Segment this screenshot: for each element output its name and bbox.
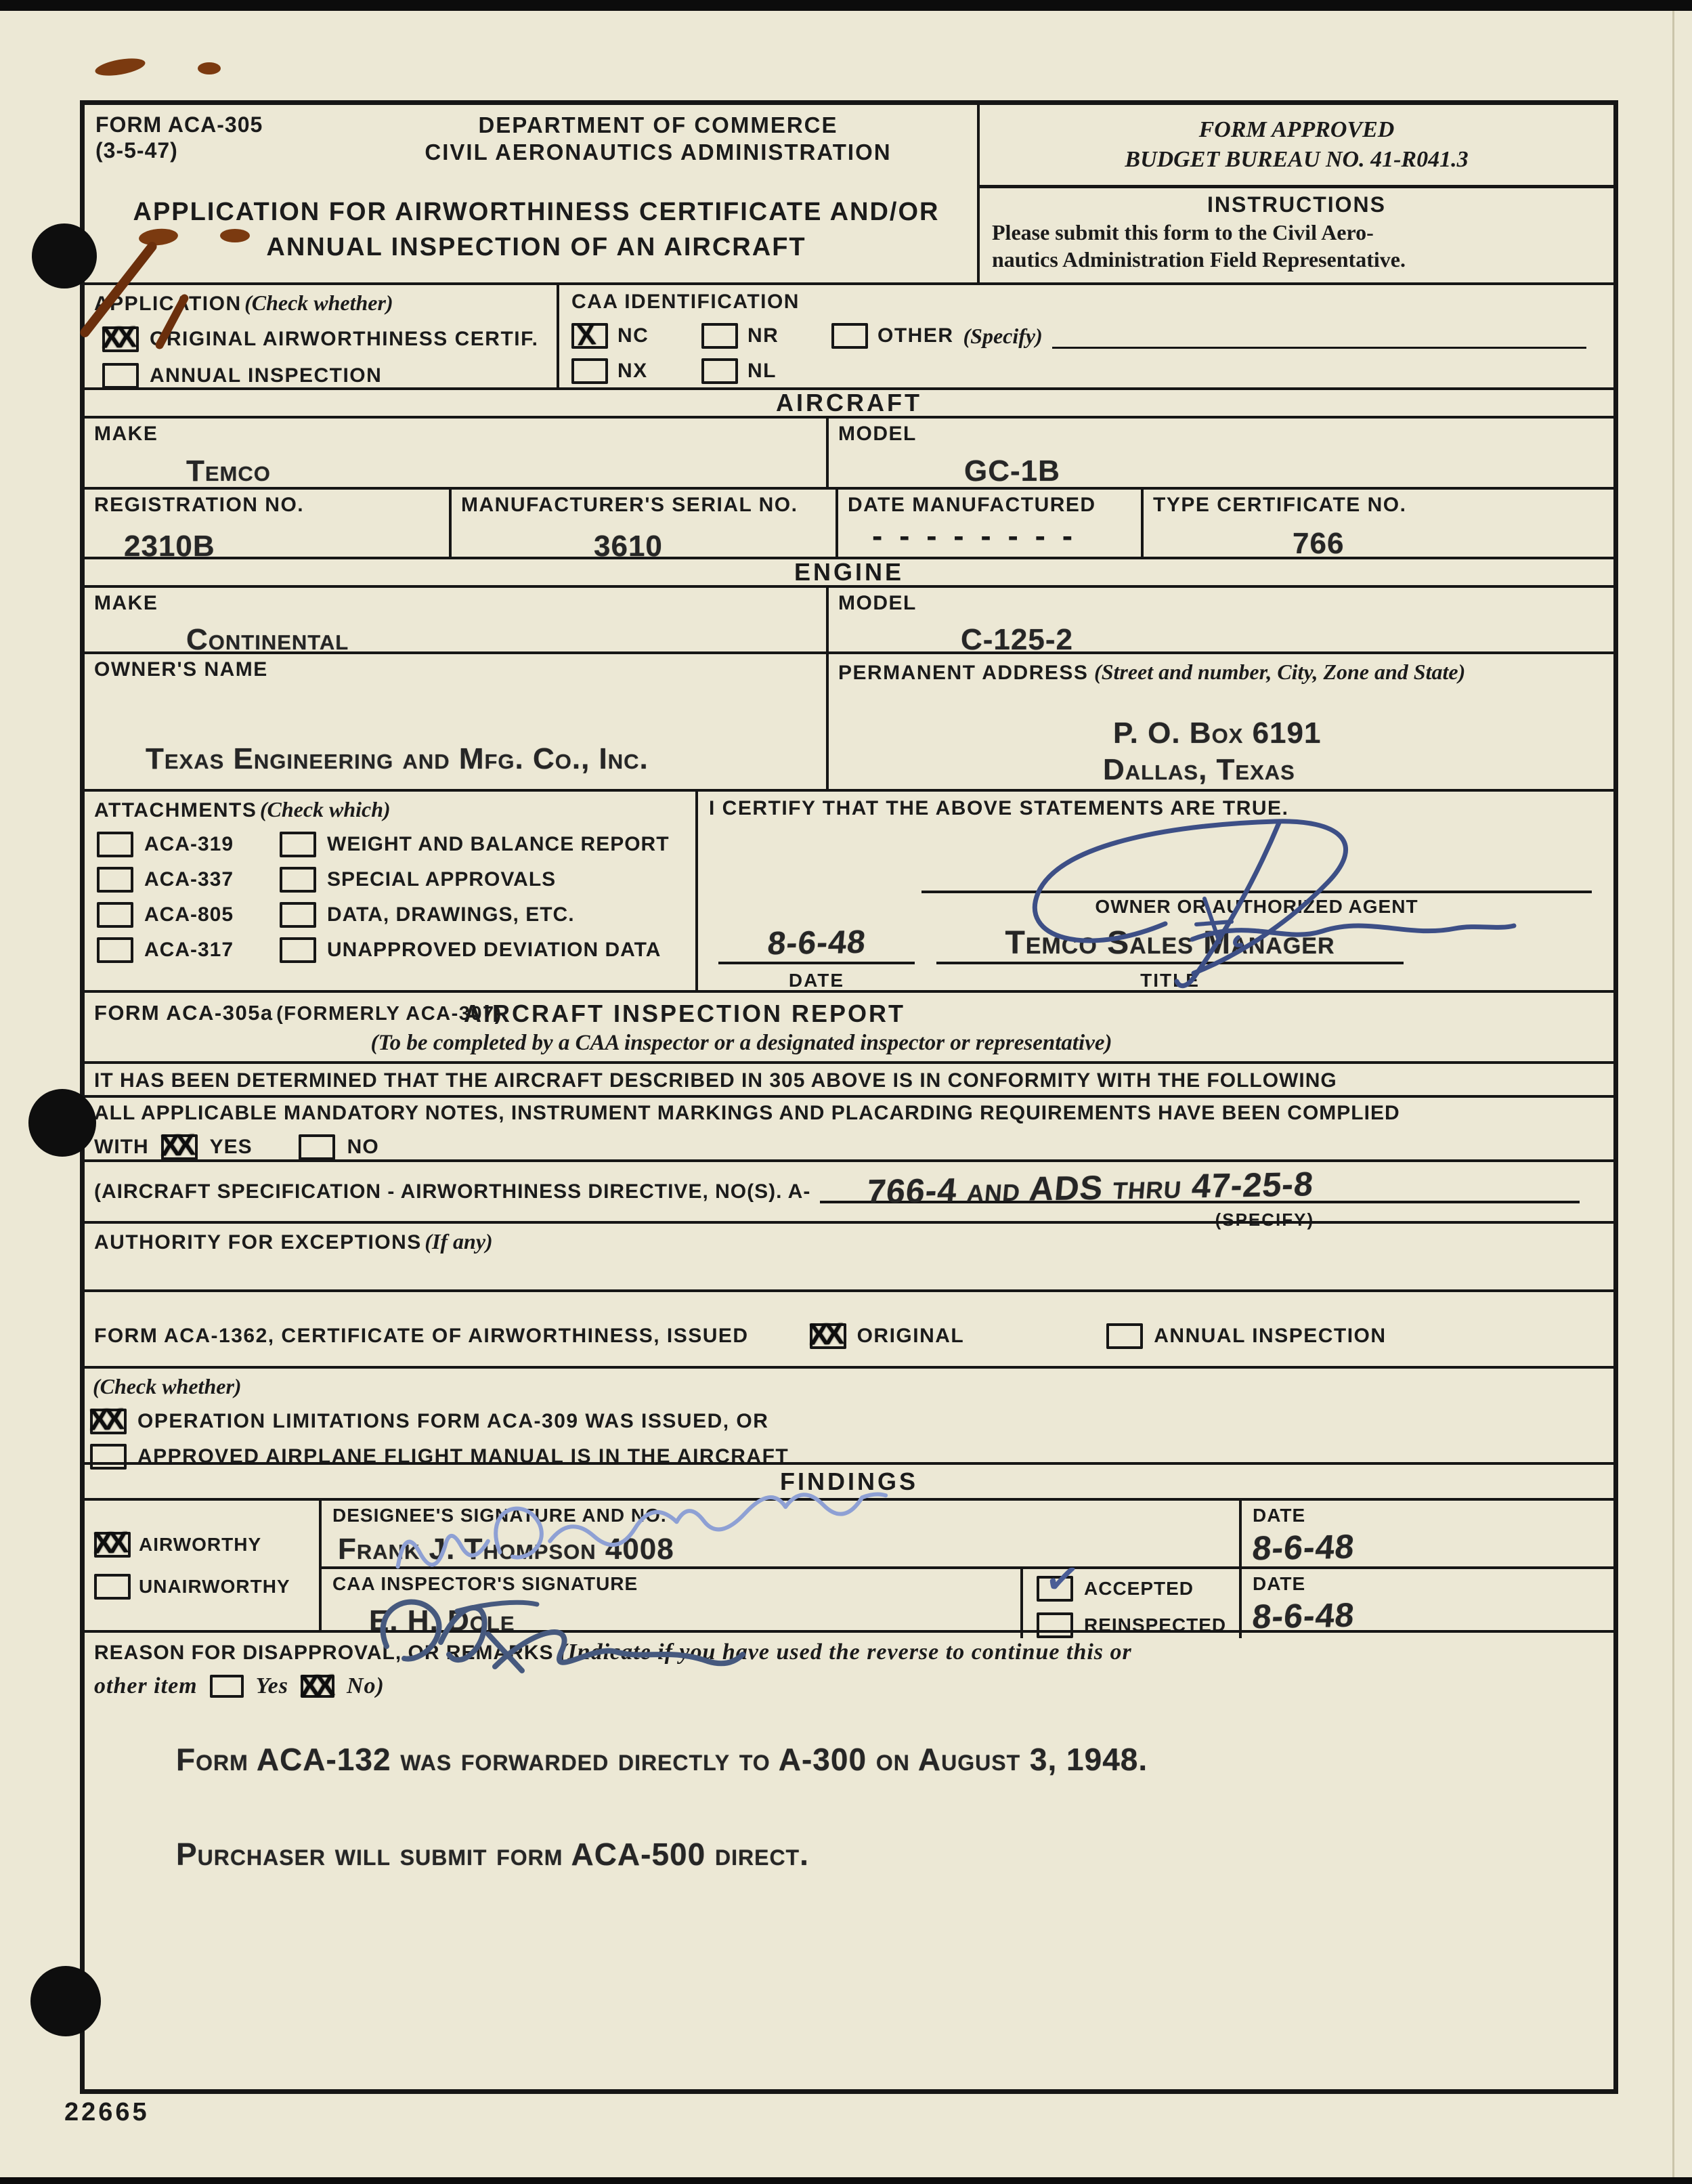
checkbox-issued-annual[interactable]	[1106, 1323, 1143, 1349]
punch-hole	[30, 1966, 101, 2036]
operation-limitations-label: OPERATION LIMITATIONS FORM ACA-309 WAS I…	[137, 1410, 768, 1433]
instructions: INSTRUCTIONS Please submit this form to …	[980, 188, 1613, 282]
determined-statement-row: IT HAS BEEN DETERMINED THAT THE AIRCRAFT…	[85, 1061, 1613, 1095]
other-specify-note: (Specify)	[963, 324, 1043, 349]
original-airworthiness-label: ORIGINAL AIRWORTHINESS CERTIF.	[150, 328, 538, 351]
serial-number-label: MANUFACTURER'S SERIAL NO.	[461, 494, 798, 516]
weight-balance-label: WEIGHT AND BALANCE REPORT	[327, 833, 670, 856]
engine-make-label: MAKE	[94, 592, 158, 614]
aircraft-make-label: MAKE	[94, 423, 158, 445]
address-line1[interactable]: P. O. Box 6191	[1113, 716, 1321, 750]
designee-date-cell[interactable]: DATE 8-6-48	[1239, 1501, 1613, 1566]
checkbox-aca-805[interactable]	[97, 902, 133, 928]
checkbox-nc[interactable]	[571, 323, 608, 349]
rust-stain	[220, 229, 250, 242]
reverse-yes-label: Yes	[256, 1673, 288, 1699]
address-note: (Street and number, City, Zone and State…	[1094, 660, 1465, 684]
checkbox-original-airworthiness[interactable]	[102, 326, 139, 352]
report-title: AIRCRAFT INSPECTION REPORT	[464, 1000, 905, 1028]
authority-label: AUTHORITY FOR EXCEPTIONS	[94, 1231, 422, 1254]
inspector-date-cell[interactable]: DATE 8-6-48	[1239, 1569, 1613, 1638]
inspector-date-label: DATE	[1253, 1573, 1613, 1595]
application-note: (Check whether)	[244, 291, 393, 315]
paper-crease	[1672, 0, 1674, 2184]
checkbox-complied-yes[interactable]	[161, 1134, 198, 1160]
designee-date-label: DATE	[1253, 1505, 1613, 1526]
accepted-cell: ACCEPTED REINSPECTED	[1020, 1569, 1239, 1638]
designee-signature-cell[interactable]: DESIGNEE'S SIGNATURE AND NO. Frank J. Th…	[322, 1501, 1239, 1566]
complied-row: ALL APPLICABLE MANDATORY NOTES, INSTRUME…	[85, 1095, 1613, 1159]
report-form-label: FORM ACA-305a	[94, 1001, 274, 1025]
scanned-form-page: FORM ACA-305 (3-5-47) DEPARTMENT OF COMM…	[0, 0, 1692, 2184]
checkbox-unairworthy[interactable]	[94, 1574, 131, 1600]
authority-exceptions-row: AUTHORITY FOR EXCEPTIONS (If any)	[85, 1221, 1613, 1289]
checkbox-weight-balance[interactable]	[280, 832, 316, 857]
complied-no-label: NO	[347, 1136, 379, 1159]
inspection-report-header: FORM ACA-305a (FORMERLY ACA-307) AIRCRAF…	[85, 990, 1613, 1061]
rust-stain	[198, 62, 221, 74]
caa-identification-section: CAA IDENTIFICATION NC NR OTH	[557, 285, 1613, 387]
aircraft-model-value[interactable]: GC-1B	[964, 454, 1060, 488]
certification-section: I CERTIFY THAT THE ABOVE STATEMENTS ARE …	[695, 792, 1613, 990]
authority-note: (If any)	[425, 1229, 492, 1254]
address-line2[interactable]: Dallas, Texas	[1103, 753, 1295, 787]
scan-edge-bottom	[0, 2177, 1692, 2184]
issued-annual-label: ANNUAL INSPECTION	[1154, 1325, 1386, 1348]
engine-section-band: ENGINE	[85, 557, 1613, 585]
nc-label: NC	[617, 324, 649, 347]
aircraft-model-label: MODEL	[838, 423, 917, 445]
certify-date-label: DATE	[718, 970, 915, 991]
checkbox-annual-inspection[interactable]	[102, 363, 139, 389]
data-drawings-label: DATA, DRAWINGS, ETC.	[327, 903, 575, 926]
punch-hole	[32, 223, 97, 288]
designee-date-value: 8-6-48	[1251, 1527, 1356, 1568]
annual-inspection-label: ANNUAL INSPECTION	[150, 364, 382, 387]
operation-limitations-row: (Check whether) OPERATION LIMITATIONS FO…	[85, 1366, 1613, 1462]
checkbox-nr[interactable]	[701, 323, 738, 349]
rust-stain	[94, 56, 147, 79]
checkbox-other[interactable]	[831, 323, 868, 349]
accepted-label: ACCEPTED	[1084, 1578, 1194, 1600]
aircraft-make-value[interactable]: Temco	[186, 454, 271, 488]
issued-original-label: ORIGINAL	[857, 1325, 965, 1348]
checkbox-airworthy[interactable]	[94, 1532, 131, 1558]
remarks-section: REASON FOR DISAPPROVAL, OR REMARKS (Indi…	[85, 1630, 1613, 2089]
checkbox-aca-337[interactable]	[97, 867, 133, 893]
owner-name-label: OWNER'S NAME	[94, 658, 268, 681]
checkbox-nl[interactable]	[701, 358, 738, 384]
airworthiness-column: AIRWORTHY UNAIRWORTHY	[85, 1501, 319, 1630]
type-certificate-value[interactable]: 766	[1293, 527, 1344, 561]
aircraft-section-band: AIRCRAFT	[85, 387, 1613, 416]
other-label: OTHER	[877, 324, 954, 347]
certify-date-value[interactable]: 8-6-48	[766, 924, 867, 963]
registration-label: REGISTRATION NO.	[94, 494, 304, 516]
attachments-note: (Check which)	[260, 797, 391, 821]
scan-edge-top	[0, 0, 1692, 11]
airworthy-label: AIRWORTHY	[139, 1534, 261, 1556]
checkbox-accepted[interactable]	[1037, 1576, 1073, 1602]
remarks-note-2: other item	[94, 1673, 198, 1699]
type-certificate-label: TYPE CERTIFICATE NO.	[1153, 494, 1406, 516]
spec-directive-row: (AIRCRAFT SPECIFICATION - AIRWORTHINESS …	[85, 1159, 1613, 1221]
other-specify-blank[interactable]	[1052, 324, 1586, 349]
checkbox-reverse-yes[interactable]	[210, 1675, 244, 1698]
checkbox-operation-limitations[interactable]	[90, 1409, 127, 1434]
report-subtitle: (To be completed by a CAA inspector or a…	[247, 1031, 1236, 1056]
checkbox-aca-319[interactable]	[97, 832, 133, 857]
attachments-label: ATTACHMENTS	[94, 799, 257, 821]
nx-label: NX	[617, 360, 648, 383]
aca-319-label: ACA-319	[144, 833, 280, 856]
serial-stamp: 22665	[64, 2098, 150, 2127]
unapproved-deviation-label: UNAPPROVED DEVIATION DATA	[327, 939, 661, 962]
date-manufactured-label: DATE MANUFACTURED	[848, 494, 1096, 516]
address-label: PERMANENT ADDRESS	[838, 662, 1088, 684]
checkbox-nx[interactable]	[571, 358, 608, 384]
remarks-line2: Purchaser will submit form ACA-500 direc…	[176, 1836, 809, 1872]
aca-805-label: ACA-805	[144, 903, 280, 926]
checkbox-complied-no[interactable]	[299, 1134, 335, 1160]
application-section: APPLICATION (Check whether) ORIGINAL AIR…	[85, 285, 557, 387]
owner-name-value[interactable]: Texas Engineering and Mfg. Co., Inc.	[146, 742, 649, 776]
spec-value: 766-4 and ADS thru 47-25-8	[865, 1164, 1316, 1211]
with-label: WITH	[94, 1136, 149, 1159]
checkbox-special-approvals[interactable]	[280, 867, 316, 893]
caa-id-label: CAA IDENTIFICATION	[571, 291, 800, 313]
checkbox-reverse-no[interactable]	[301, 1675, 334, 1698]
certificate-issued-row: FORM ACA-1362, CERTIFICATE OF AIRWORTHIN…	[85, 1289, 1613, 1366]
spec-blank[interactable]: 766-4 and ADS thru 47-25-8 (SPECIFY)	[820, 1164, 1580, 1203]
aca-1362-label: FORM ACA-1362, CERTIFICATE OF AIRWORTHIN…	[94, 1325, 749, 1348]
engine-model-label: MODEL	[838, 592, 917, 614]
aca-317-label: ACA-317	[144, 939, 280, 962]
checkbox-aca-317[interactable]	[97, 937, 133, 963]
remarks-line1: Form ACA-132 was forwarded directly to A…	[176, 1741, 1148, 1778]
attachments-section: ATTACHMENTS (Check which) ACA-319 WEIGHT…	[85, 792, 695, 990]
date-manufactured-value[interactable]: - - - - - - - -	[872, 517, 1077, 554]
budget-approval: FORM APPROVED BUDGET BUREAU NO. 41-R041.…	[980, 105, 1613, 188]
form-number: FORM ACA-305 (3-5-47)	[95, 112, 263, 163]
form-aca-305: FORM ACA-305 (3-5-47) DEPARTMENT OF COMM…	[80, 100, 1618, 2094]
check-whether-note: (Check whether)	[93, 1374, 1613, 1399]
unairworthy-label: UNAIRWORTHY	[139, 1576, 290, 1598]
nl-label: NL	[747, 360, 777, 383]
complied-yes-label: YES	[210, 1136, 253, 1159]
punch-hole	[28, 1089, 96, 1157]
checkbox-issued-original[interactable]	[810, 1323, 846, 1349]
special-approvals-label: SPECIAL APPROVALS	[327, 868, 556, 891]
inspector-signature-cell[interactable]: CAA INSPECTOR'S SIGNATURE E. H. Dole	[322, 1569, 1020, 1638]
checkbox-data-drawings[interactable]	[280, 902, 316, 928]
inspector-signature	[355, 1580, 748, 1698]
spec-label: (AIRCRAFT SPECIFICATION - AIRWORTHINESS …	[94, 1180, 810, 1203]
aca-337-label: ACA-337	[144, 868, 280, 891]
nr-label: NR	[747, 324, 779, 347]
owner-signature	[962, 798, 1531, 995]
checkbox-unapproved-deviation[interactable]	[280, 937, 316, 963]
